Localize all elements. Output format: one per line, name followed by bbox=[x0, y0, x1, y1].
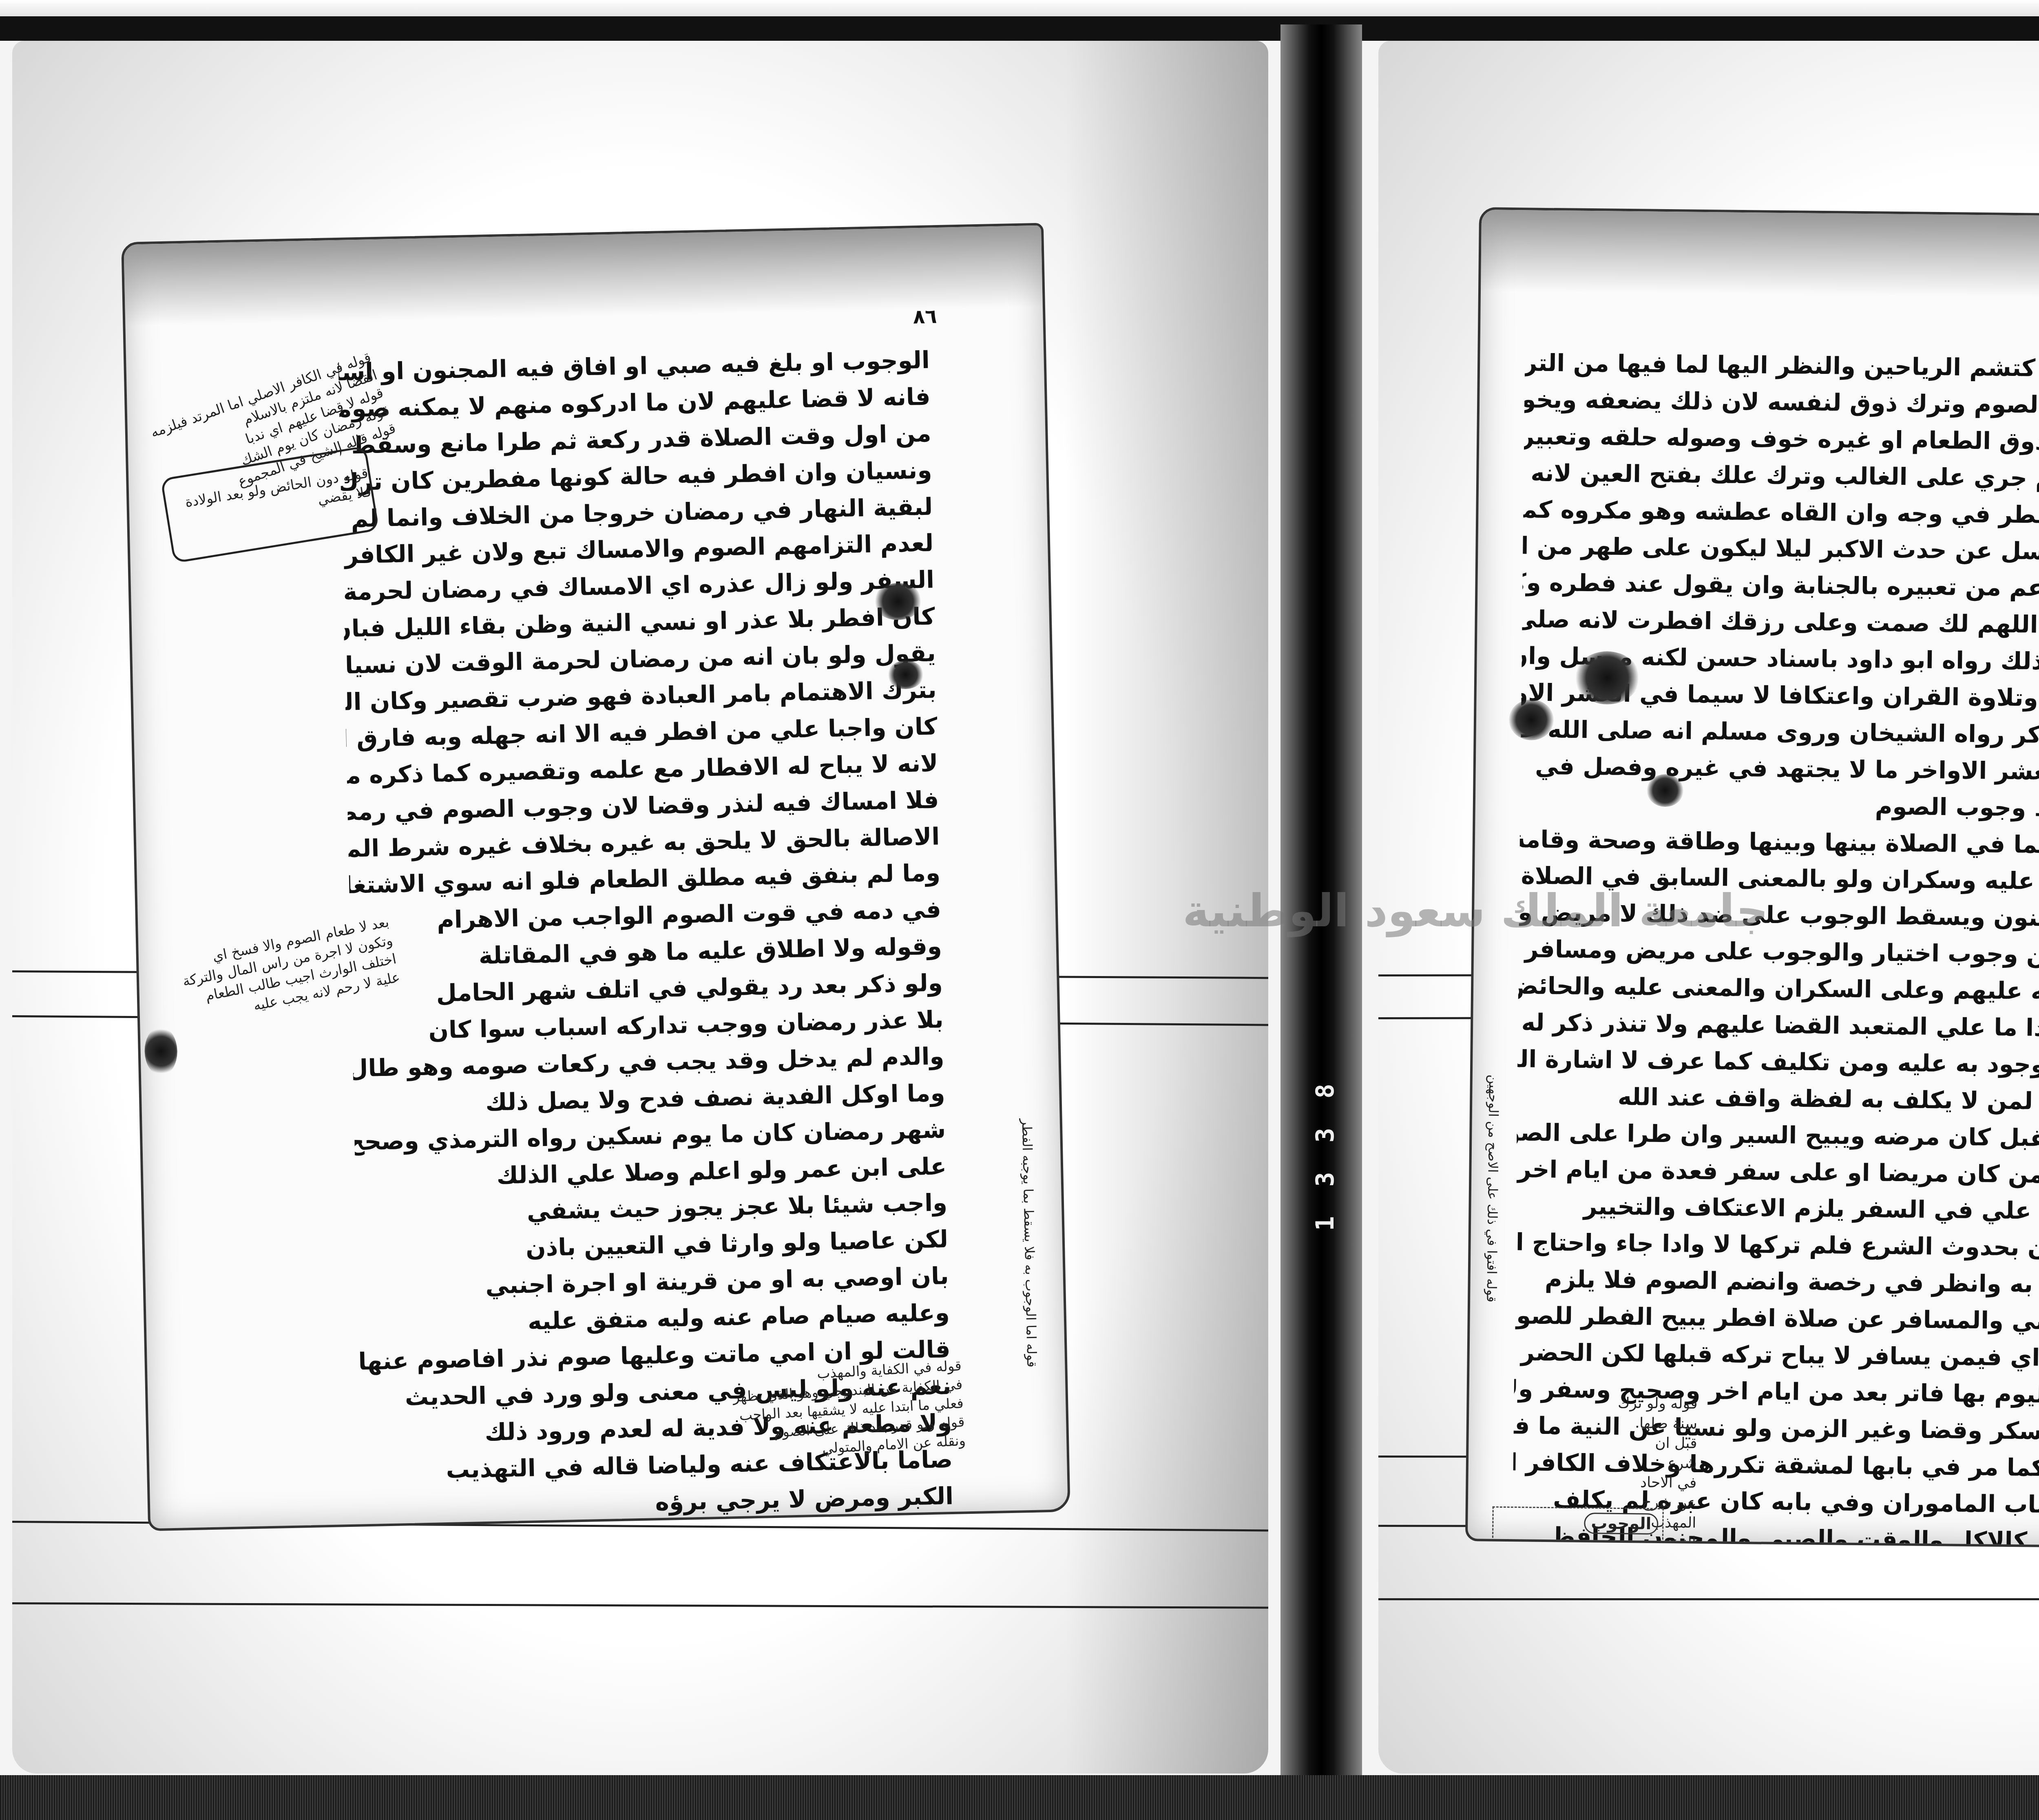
text-line: يجب كما في الصلاة بينها وبينها وطاقة وصح… bbox=[1519, 821, 2039, 864]
ink-stain bbox=[1574, 651, 1640, 705]
main-text-block: الصوم كتشم الرياحين والنظر اليها لما فيه… bbox=[1511, 345, 2039, 1551]
table-cell: ٦ bbox=[1624, 1540, 1632, 1551]
table-cell: ٣ bbox=[1637, 1540, 1645, 1551]
section-heading: شروط وجوب الصوم bbox=[1520, 784, 2039, 827]
table-title: الوجوب bbox=[1584, 1513, 1658, 1535]
table-cells: ٩ ٣ ٦ ٨ ٧ ٢ ١ bbox=[1497, 1539, 1658, 1551]
text-line: حكمة الصوم وترك ذوق لنفسه لان ذلك يضعفه … bbox=[1524, 381, 2039, 424]
film-top-band bbox=[0, 16, 2039, 41]
text-line: ان كان بحدوث الشرع فلم تركها لا وادا جاء… bbox=[1515, 1224, 2039, 1267]
folio-number: ٨٦ bbox=[913, 305, 937, 328]
margin-note-line: سنة صلها bbox=[1493, 1412, 1697, 1434]
text-line: العذر اي فيمن يسافر لا يباح تركه قبلها ل… bbox=[1514, 1334, 2039, 1377]
text-line: وترك ذوق الطعام او غيره خوف وصوله حلقه و… bbox=[1524, 418, 2039, 461]
ink-stain bbox=[1647, 774, 1684, 807]
text-line: الطعام جري على الغالب وترك علك بفتح العي… bbox=[1524, 455, 2039, 497]
text-line: لاية ومن كان مريضا او على سفر فعدة من اي… bbox=[1516, 1151, 2039, 1194]
margin-note-left-vertical: قوله افتوا في ذلك على الاصح من الوجهين bbox=[1482, 324, 1510, 1303]
text-line: حتى ذكر رواه الشيخان وروى مسلم انه صلى ا… bbox=[1521, 711, 2039, 754]
page-stain bbox=[124, 225, 1043, 326]
margin-note-line: شرع bbox=[1493, 1451, 1697, 1473]
table-cell: ٢ bbox=[1585, 1539, 1592, 1551]
text-line: اقضيا به وانظر في رخصة وانضم الصوم فلا ي… bbox=[1515, 1261, 2039, 1304]
margin-note-line: قوله ولو ترك bbox=[1493, 1392, 1697, 1414]
margin-note-line: قبل ان bbox=[1493, 1432, 1697, 1454]
page-stain bbox=[1481, 210, 2039, 301]
text-line: بذلك اعم من تعبيره بالجنابة وان يقول عند… bbox=[1522, 565, 2039, 607]
table-cell: ٧ bbox=[1598, 1539, 1606, 1551]
text-line: ما له وجود به عليه ومن تكليف كما عرف لا … bbox=[1517, 1041, 2039, 1084]
library-watermark: جامعة الملك سعود الوطنية bbox=[1183, 885, 1768, 937]
text-line: بلعه افطر في وجه وان القاه عطشه وهو مكرو… bbox=[1523, 491, 2039, 534]
film-top-strip bbox=[0, 0, 2039, 16]
film-frame-code: 1 3 3 8 bbox=[1311, 1076, 1340, 1231]
main-text-block: الوجوب او بلغ فيه صبي او افاق فيه المجنو… bbox=[338, 342, 957, 1531]
text-line: من به لمن لا يكلف به لفظة واقف عند الله bbox=[1517, 1078, 2039, 1120]
text-line: فيه من وجوب اختيار والوجوب على مريض ومسا… bbox=[1519, 931, 2039, 974]
ink-stain bbox=[144, 1027, 177, 1076]
film-scratch-line bbox=[1378, 1598, 2039, 1600]
microfilm-background: ٨٦ الوجوب او بلغ فيه صبي او افاق فيه الم… bbox=[0, 0, 2039, 1820]
text-line: لوجوبه عليهم وعلى السكران والمعنى عليه و… bbox=[1518, 967, 2039, 1010]
margin-note-right-vertical: قوله اما الوجوب به فلا يسقط بما يوجبه ال… bbox=[1001, 307, 1041, 1367]
left-film-frame: ٨٦ الوجوب او بلغ فيه صبي او افاق فيه الم… bbox=[12, 41, 1268, 1774]
text-line: المرضي والمسافر عن صلاة افطر يبيح الفطر … bbox=[1515, 1297, 2039, 1340]
table-cell: ٩ bbox=[1650, 1540, 1658, 1551]
table-cell: ١ bbox=[1572, 1539, 1579, 1551]
text-line: فطره اللهم لك صمت وعلى رزقك افطرت لانه ص… bbox=[1522, 601, 2039, 644]
text-line: في العشر الاواخر ما لا يجتهد في غيره وفص… bbox=[1520, 748, 2039, 791]
text-line: من القبل كان مرضه ويبيح السير وان طرا عل… bbox=[1517, 1114, 2039, 1157]
ink-stain bbox=[1509, 699, 1554, 740]
text-line: يلاحي علي في السفر يلزم الاعتكاف والتخيي… bbox=[1516, 1188, 2039, 1230]
text-line: الصوم كتشم الرياحين والنظر اليها لما فيه… bbox=[1525, 345, 2039, 387]
text-line: ان يغتسل عن حدث الاكبر ليلا ليكون على طه… bbox=[1523, 528, 2039, 571]
manuscript-page-right: الصوم كتشم الرياحين والنظر اليها لما فيه… bbox=[1465, 207, 2039, 1551]
table-cell: ٨ bbox=[1611, 1540, 1619, 1551]
bottom-numeric-table: الوجوب ٩ ٣ ٦ ٨ ٧ ٢ ١ bbox=[1491, 1506, 1664, 1551]
margin-note-line: في الاحاد bbox=[1493, 1471, 1696, 1493]
text-line: انه بعدا ما علي المتعبد القضا عليهم ولا … bbox=[1518, 1004, 2039, 1047]
manuscript-page-left: ٨٦ الوجوب او بلغ فيه صبي او افاق فيه الم… bbox=[121, 223, 1070, 1531]
film-bottom-band bbox=[0, 1775, 2039, 1820]
